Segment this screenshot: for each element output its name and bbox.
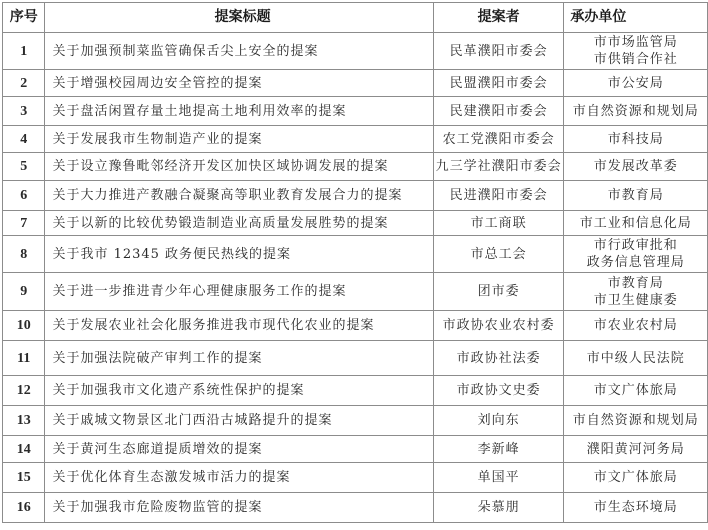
cell-no: 16 (3, 493, 45, 523)
cell-proposer: 团市委 (433, 273, 564, 311)
cell-proposer: 朵慕朋 (433, 493, 564, 523)
unit-line: 市行政审批和 (564, 237, 707, 254)
cell-unit: 市自然资源和规划局 (564, 406, 708, 436)
cell-title: 关于加强我市文化遗产系统性保护的提案 (45, 376, 433, 406)
cell-no: 9 (3, 273, 45, 311)
unit-line: 政务信息管理局 (564, 254, 707, 271)
cell-unit: 市中级人民法院 (564, 341, 708, 376)
cell-unit: 市农业农村局 (564, 311, 708, 341)
cell-proposer: 民进濮阳市委会 (433, 181, 564, 211)
cell-title: 关于加强法院破产审判工作的提案 (45, 341, 433, 376)
cell-title: 关于增强校园周边安全管控的提案 (45, 70, 433, 97)
cell-title: 关于戚城文物景区北门西沿古城路提升的提案 (45, 406, 433, 436)
table-row: 15关于优化体育生态激发城市活力的提案单国平市文广体旅局 (3, 463, 708, 493)
cell-title: 关于发展我市生物制造产业的提案 (45, 126, 433, 153)
cell-title: 关于加强预制菜监管确保舌尖上安全的提案 (45, 33, 433, 70)
header-no: 序号 (3, 3, 45, 33)
table-body: 1关于加强预制菜监管确保舌尖上安全的提案民革濮阳市委会市市场监管局市供销合作社2… (3, 33, 708, 523)
unit-line: 市教育局 (564, 187, 707, 204)
cell-no: 15 (3, 463, 45, 493)
cell-unit: 市自然资源和规划局 (564, 97, 708, 126)
cell-title: 关于我市 12345 政务便民热线的提案 (45, 236, 433, 273)
cell-unit: 市教育局市卫生健康委 (564, 273, 708, 311)
cell-unit: 市文广体旅局 (564, 463, 708, 493)
unit-line: 濮阳黄河河务局 (564, 441, 707, 458)
unit-line: 市卫生健康委 (564, 292, 707, 309)
cell-proposer: 李新峰 (433, 436, 564, 463)
cell-title: 关于优化体育生态激发城市活力的提案 (45, 463, 433, 493)
table-row: 11关于加强法院破产审判工作的提案市政协社法委市中级人民法院 (3, 341, 708, 376)
table-row: 2关于增强校园周边安全管控的提案民盟濮阳市委会市公安局 (3, 70, 708, 97)
table-row: 6关于大力推进产教融合凝聚高等职业教育发展合力的提案民进濮阳市委会市教育局 (3, 181, 708, 211)
cell-title: 关于大力推进产教融合凝聚高等职业教育发展合力的提案 (45, 181, 433, 211)
unit-line: 市生态环境局 (564, 499, 707, 516)
unit-line: 市公安局 (564, 75, 707, 92)
cell-no: 11 (3, 341, 45, 376)
cell-unit: 市市场监管局市供销合作社 (564, 33, 708, 70)
cell-proposer: 市政协社法委 (433, 341, 564, 376)
unit-line: 市自然资源和规划局 (564, 103, 707, 120)
cell-no: 7 (3, 211, 45, 236)
cell-unit: 市生态环境局 (564, 493, 708, 523)
cell-title: 关于进一步推进青少年心理健康服务工作的提案 (45, 273, 433, 311)
unit-line: 市农业农村局 (564, 317, 707, 334)
cell-no: 12 (3, 376, 45, 406)
proposals-table: 序号 提案标题 提案者 承办单位 1关于加强预制菜监管确保舌尖上安全的提案民革濮… (2, 2, 708, 523)
cell-title: 关于盘活闲置存量土地提高土地利用效率的提案 (45, 97, 433, 126)
unit-line: 市教育局 (564, 275, 707, 292)
table-row: 10关于发展农业社会化服务推进我市现代化农业的提案市政协农业农村委市农业农村局 (3, 311, 708, 341)
cell-unit: 市公安局 (564, 70, 708, 97)
header-proposer: 提案者 (433, 3, 564, 33)
cell-title: 关于设立豫鲁毗邻经济开发区加快区域协调发展的提案 (45, 153, 433, 181)
unit-line: 市文广体旅局 (564, 382, 707, 399)
cell-proposer: 民革濮阳市委会 (433, 33, 564, 70)
table-row: 16关于加强我市危险废物监管的提案朵慕朋市生态环境局 (3, 493, 708, 523)
cell-unit: 市行政审批和政务信息管理局 (564, 236, 708, 273)
unit-line: 市工业和信息化局 (564, 215, 707, 232)
cell-unit: 市工业和信息化局 (564, 211, 708, 236)
cell-no: 13 (3, 406, 45, 436)
cell-no: 6 (3, 181, 45, 211)
cell-title: 关于发展农业社会化服务推进我市现代化农业的提案 (45, 311, 433, 341)
cell-no: 4 (3, 126, 45, 153)
cell-no: 3 (3, 97, 45, 126)
cell-proposer: 刘向东 (433, 406, 564, 436)
cell-proposer: 市总工会 (433, 236, 564, 273)
cell-no: 14 (3, 436, 45, 463)
table-row: 4关于发展我市生物制造产业的提案农工党濮阳市委会市科技局 (3, 126, 708, 153)
unit-line: 市供销合作社 (564, 51, 707, 68)
cell-proposer: 农工党濮阳市委会 (433, 126, 564, 153)
table-row: 8关于我市 12345 政务便民热线的提案市总工会市行政审批和政务信息管理局 (3, 236, 708, 273)
table-row: 12关于加强我市文化遗产系统性保护的提案市政协文史委市文广体旅局 (3, 376, 708, 406)
cell-no: 1 (3, 33, 45, 70)
cell-no: 10 (3, 311, 45, 341)
unit-line: 市文广体旅局 (564, 469, 707, 486)
unit-line: 市发展改革委 (564, 158, 707, 175)
table-row: 7关于以新的比较优势锻造制造业高质量发展胜势的提案市工商联市工业和信息化局 (3, 211, 708, 236)
unit-line: 市自然资源和规划局 (564, 412, 707, 429)
cell-unit: 市科技局 (564, 126, 708, 153)
cell-proposer: 市工商联 (433, 211, 564, 236)
table-row: 3关于盘活闲置存量土地提高土地利用效率的提案民建濮阳市委会市自然资源和规划局 (3, 97, 708, 126)
cell-proposer: 民盟濮阳市委会 (433, 70, 564, 97)
cell-title: 关于以新的比较优势锻造制造业高质量发展胜势的提案 (45, 211, 433, 236)
unit-line: 市科技局 (564, 131, 707, 148)
cell-title: 关于加强我市危险废物监管的提案 (45, 493, 433, 523)
table-row: 5关于设立豫鲁毗邻经济开发区加快区域协调发展的提案九三学社濮阳市委会市发展改革委 (3, 153, 708, 181)
header-unit: 承办单位 (564, 3, 708, 33)
cell-proposer: 市政协文史委 (433, 376, 564, 406)
cell-proposer: 市政协农业农村委 (433, 311, 564, 341)
cell-proposer: 单国平 (433, 463, 564, 493)
cell-unit: 市发展改革委 (564, 153, 708, 181)
table-row: 14关于黄河生态廊道提质增效的提案李新峰濮阳黄河河务局 (3, 436, 708, 463)
cell-proposer: 九三学社濮阳市委会 (433, 153, 564, 181)
table-row: 9关于进一步推进青少年心理健康服务工作的提案团市委市教育局市卫生健康委 (3, 273, 708, 311)
cell-unit: 市文广体旅局 (564, 376, 708, 406)
table-row: 1关于加强预制菜监管确保舌尖上安全的提案民革濮阳市委会市市场监管局市供销合作社 (3, 33, 708, 70)
header-row: 序号 提案标题 提案者 承办单位 (3, 3, 708, 33)
cell-title: 关于黄河生态廊道提质增效的提案 (45, 436, 433, 463)
cell-no: 5 (3, 153, 45, 181)
cell-no: 2 (3, 70, 45, 97)
unit-line: 市市场监管局 (564, 34, 707, 51)
cell-no: 8 (3, 236, 45, 273)
cell-proposer: 民建濮阳市委会 (433, 97, 564, 126)
header-title: 提案标题 (45, 3, 433, 33)
table-row: 13关于戚城文物景区北门西沿古城路提升的提案刘向东市自然资源和规划局 (3, 406, 708, 436)
cell-unit: 濮阳黄河河务局 (564, 436, 708, 463)
cell-unit: 市教育局 (564, 181, 708, 211)
unit-line: 市中级人民法院 (564, 350, 707, 367)
